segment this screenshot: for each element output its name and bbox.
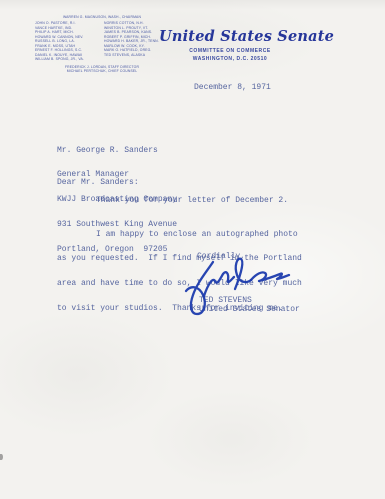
chief-counsel-line: MICHAEL PERTSCHUK, CHIEF COUNSEL: [35, 69, 169, 73]
washington-address: WASHINGTON, D.C. 20510: [159, 56, 301, 62]
chairman-line: WARREN G. MAGNUSON, WASH., CHAIRMAN: [35, 15, 169, 19]
senate-title: United States Senate: [159, 29, 301, 44]
roster-member: WILLIAM B. SPONG, JR., VA.: [35, 57, 104, 61]
roster-left-column: JOHN O. PASTORE, R.I. VANCE HARTKE, IND.…: [35, 21, 104, 61]
handwritten-signature: [168, 252, 298, 318]
body-paragraph-1: Thank you for your letter of December 2.: [96, 197, 288, 205]
paper-blemish: [0, 454, 3, 460]
salutation: Dear Mr. Sanders:: [57, 179, 139, 187]
letter-page: WARREN G. MAGNUSON, WASH., CHAIRMAN JOHN…: [0, 0, 385, 499]
recipient-name: Mr. George R. Sanders: [57, 147, 177, 155]
committee-name: COMMITTEE ON COMMERCE: [159, 48, 301, 54]
committee-roster: WARREN G. MAGNUSON, WASH., CHAIRMAN JOHN…: [35, 15, 169, 74]
body-line: I am happy to enclose an autographed pho…: [57, 231, 302, 239]
date-line: December 8, 1971: [194, 84, 271, 92]
staff-lines: FREDERICK J. LORDAN, STAFF DIRECTOR MICH…: [35, 65, 169, 74]
masthead: United States Senate COMMITTEE ON COMMER…: [159, 29, 301, 62]
